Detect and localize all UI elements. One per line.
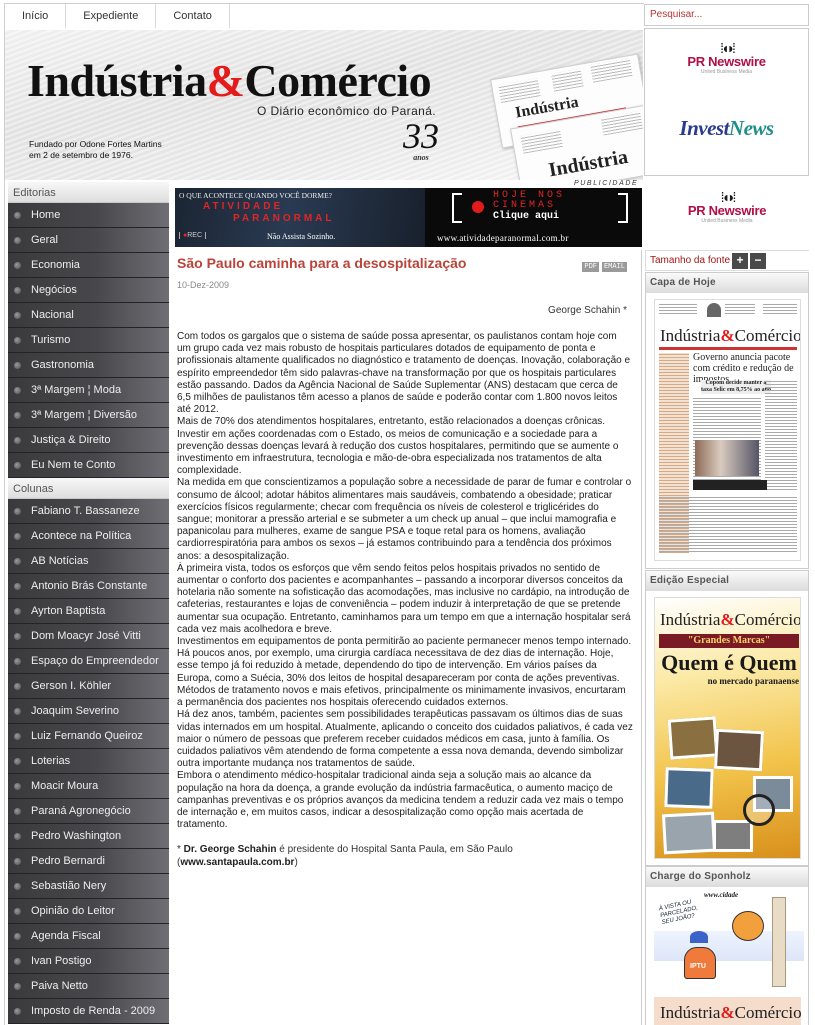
colunas-item[interactable]: Ivan Postigo: [8, 949, 169, 974]
bullet-icon: [14, 583, 21, 590]
colunas-item[interactable]: Loterias: [8, 749, 169, 774]
bullet-icon: [14, 287, 21, 294]
colunas-item[interactable]: Acontece na Política: [8, 524, 169, 549]
bullet-icon: [14, 462, 21, 469]
editorias-item[interactable]: Home: [8, 203, 169, 228]
bullet-icon: [14, 983, 21, 990]
editorias-item[interactable]: Gastronomia: [8, 353, 169, 378]
colunas-item[interactable]: Pedro Bernardi: [8, 849, 169, 874]
rec-icon: ●REC: [179, 232, 206, 239]
font-size-label: Tamanho da fonte: [650, 255, 730, 266]
editorias-item[interactable]: Economia: [8, 253, 169, 278]
article-date: 10-Dez-2009: [177, 280, 639, 290]
bullet-icon: [14, 958, 21, 965]
editorias-item-label: Negócios: [31, 284, 77, 296]
column-divider: [641, 250, 642, 1025]
advertising-label: PUBLICIDADE: [574, 180, 638, 187]
article-paragraph: Com todos os gargalos que o sistema de s…: [177, 331, 633, 416]
article-paragraph: Há dez anos, também, pacientes sem possi…: [177, 709, 633, 770]
author-footnote: * Dr. George Schahin é presidente do Hos…: [177, 843, 639, 869]
bullet-icon: [14, 633, 21, 640]
section-header-colunas: Colunas: [8, 478, 169, 499]
front-page-thumbnail[interactable]: Indústria&Comércio Governo anuncia pacot…: [654, 299, 801, 561]
newspaper-preview[interactable]: Indústria&Comércio: [654, 997, 801, 1025]
colunas-item[interactable]: Espaço do Empreendedor: [8, 649, 169, 674]
bullet-icon: [14, 1008, 21, 1015]
nav-contato[interactable]: Contato: [156, 4, 230, 28]
colunas-item-label: AB Notícias: [31, 555, 88, 567]
nav-expediente[interactable]: Expediente: [66, 4, 156, 28]
nav-inicio[interactable]: Início: [5, 4, 66, 28]
font-size-control: Tamanho da fonte + −: [645, 250, 809, 271]
sponsors-box: ⁞◖◗⁞ PR Newswire United Business Media I…: [644, 28, 809, 176]
colunas-item[interactable]: Luiz Fernando Queiroz: [8, 724, 169, 749]
editorias-item[interactable]: Eu Nem te Conto: [8, 453, 169, 478]
font-decrease-button[interactable]: −: [750, 253, 766, 269]
colunas-item[interactable]: Imposto de Renda - 2009: [8, 999, 169, 1024]
bullet-icon: [14, 362, 21, 369]
colunas-item[interactable]: Gerson I. Köhler: [8, 674, 169, 699]
editorias-menu: HomeGeralEconomiaNegóciosNacionalTurismo…: [8, 203, 169, 478]
pdf-button[interactable]: PDF: [582, 262, 599, 272]
bullet-icon: [14, 608, 21, 615]
ad-banner[interactable]: O QUE ACONTECE QUANDO VOCÊ DORME? ATIVID…: [175, 188, 642, 247]
right-column: Pesquisar... ⁞◖◗⁞ PR Newswire United Bus…: [644, 4, 809, 176]
colunas-item-label: Paiva Netto: [31, 980, 88, 992]
editorias-item[interactable]: Turismo: [8, 328, 169, 353]
bullet-icon: [14, 783, 21, 790]
colunas-item-label: Luiz Fernando Queiroz: [31, 730, 143, 742]
colunas-menu: Fabiano T. BassanezeAcontece na Política…: [8, 499, 169, 1024]
prnewswire-ad[interactable]: ⁞◖◗⁞ PR Newswire United Business Media: [645, 190, 809, 224]
article-actions: PDF EMAIL: [582, 262, 627, 272]
editorias-item-label: Home: [31, 209, 60, 221]
capa-de-hoje-box: Capa de Hoje Indústria&Comércio Governo …: [645, 272, 809, 569]
section-header-editorias: Editorias: [8, 182, 169, 203]
top-nav: Início Expediente Contato: [5, 4, 230, 28]
anniversary-badge: 33 anos: [403, 118, 439, 162]
editorias-item-label: Justiça & Direito: [31, 434, 110, 446]
bullet-icon: [14, 908, 21, 915]
colunas-item-label: Pedro Bernardi: [31, 855, 105, 867]
colunas-item[interactable]: Paraná Agronegócio: [8, 799, 169, 824]
colunas-item-label: Loterias: [31, 755, 70, 767]
bullet-icon: [14, 412, 21, 419]
ad-movie-poster: O QUE ACONTECE QUANDO VOCÊ DORME? ATIVID…: [175, 188, 425, 247]
colunas-item-label: Espaço do Empreendedor: [31, 655, 159, 667]
prnewswire-globe-icon: ⁞◖◗⁞: [645, 41, 808, 55]
colunas-item-label: Moacir Moura: [31, 780, 98, 792]
article-author: George Schahin *: [177, 305, 639, 316]
colunas-item-label: Ivan Postigo: [31, 955, 92, 967]
editorias-item-label: Geral: [31, 234, 58, 246]
article-paragraph: Mais de 70% dos atendimentos hospitalare…: [177, 416, 633, 477]
bullet-icon: [14, 508, 21, 515]
colunas-item-label: Joaquim Severino: [31, 705, 119, 717]
colunas-item-label: Paraná Agronegócio: [31, 805, 131, 817]
colunas-item-label: Pedro Washington: [31, 830, 121, 842]
bullet-icon: [14, 858, 21, 865]
colunas-item-label: Agenda Fiscal: [31, 930, 101, 942]
colunas-item-label: Gerson I. Köhler: [31, 680, 111, 692]
colunas-item-label: Opinião do Leitor: [31, 905, 115, 917]
colunas-item[interactable]: Paiva Netto: [8, 974, 169, 999]
editorias-item-label: Economia: [31, 259, 80, 271]
font-increase-button[interactable]: +: [732, 253, 748, 269]
bullet-icon: [14, 758, 21, 765]
article-paragraph: Na medida em que conscientizamos a popul…: [177, 477, 633, 562]
colunas-item-label: Imposto de Renda - 2009: [31, 1005, 155, 1017]
colunas-item-label: Acontece na Política: [31, 530, 131, 542]
article-paragraph: Embora o atendimento médico-hospitalar t…: [177, 770, 633, 831]
colunas-item[interactable]: Moacir Moura: [8, 774, 169, 799]
bullet-icon: [14, 212, 21, 219]
colunas-item[interactable]: Opinião do Leitor: [8, 899, 169, 924]
prnewswire-globe-icon: ⁞◖◗⁞: [645, 190, 809, 204]
bullet-icon: [14, 237, 21, 244]
cartoon-image[interactable]: www.cidade À VISTA OU PARCELADO, SEU JOÃ…: [654, 891, 804, 991]
bullet-icon: [14, 883, 21, 890]
colunas-item-label: Antonio Brás Constante: [31, 580, 147, 592]
bullet-icon: [14, 658, 21, 665]
colunas-item-label: Ayrton Baptista: [31, 605, 105, 617]
bullet-icon: [14, 808, 21, 815]
editorias-item-label: 3ª Margem ¦ Diversão: [31, 409, 137, 421]
editorias-item-label: Nacional: [31, 309, 74, 321]
newspaper-stack-image: Indústria Indústria: [475, 58, 643, 180]
colunas-item[interactable]: Ayrton Baptista: [8, 599, 169, 624]
bracket-left-icon: [452, 193, 462, 223]
header-banner: Indústria&Comércio O Diário econômico do…: [5, 30, 643, 180]
editorias-item[interactable]: Geral: [8, 228, 169, 253]
special-edition-thumbnail[interactable]: Indústria&Comércio "Grandes Marcas" Quem…: [654, 597, 801, 859]
site-logo[interactable]: Indústria&Comércio: [27, 54, 431, 107]
colunas-item[interactable]: Agenda Fiscal: [8, 924, 169, 949]
editorias-item[interactable]: Justiça & Direito: [8, 428, 169, 453]
edicao-especial-title: Edição Especial: [646, 571, 808, 591]
article-title[interactable]: São Paulo caminha para a desospitalizaçã…: [177, 255, 639, 271]
bullet-icon: [14, 312, 21, 319]
colunas-item[interactable]: Antonio Brás Constante: [8, 574, 169, 599]
article-paragraph: Investimentos em equipamentos de ponta p…: [177, 636, 633, 709]
colunas-item-label: Sebastião Nery: [31, 880, 106, 892]
colunas-item[interactable]: Sebastião Nery: [8, 874, 169, 899]
article-body: Com todos os gargalos que o sistema de s…: [177, 331, 633, 831]
ad-cta[interactable]: HOJE NOS CINEMAS Clique aqui www.ativida…: [425, 188, 642, 247]
bullet-icon: [14, 262, 21, 269]
bullet-icon: [14, 558, 21, 565]
edicao-especial-box: Edição Especial Indústria&Comércio "Gran…: [645, 570, 809, 866]
colunas-item-label: Fabiano T. Bassaneze: [31, 505, 140, 517]
record-dot-icon: [472, 201, 484, 213]
colunas-item-label: Dom Moacyr José Vitti: [31, 630, 141, 642]
editorias-item[interactable]: Negócios: [8, 278, 169, 303]
charge-box: Charge do Sponholz www.cidade À VISTA OU…: [645, 866, 809, 1025]
magnifier-icon: [743, 794, 775, 826]
search-input[interactable]: Pesquisar...: [644, 4, 809, 26]
investnews-logo[interactable]: InvestNews: [645, 116, 808, 141]
editorias-item[interactable]: 3ª Margem ¦ Moda: [8, 378, 169, 403]
footnote-link[interactable]: www.santapaula.com.br: [180, 857, 294, 868]
colunas-item[interactable]: Fabiano T. Bassaneze: [8, 499, 169, 524]
bullet-icon: [14, 533, 21, 540]
colunas-item[interactable]: Pedro Washington: [8, 824, 169, 849]
bullet-icon: [14, 833, 21, 840]
bullet-icon: [14, 683, 21, 690]
bullet-icon: [14, 387, 21, 394]
article-paragraph: À primeira vista, todos os esforços que …: [177, 563, 633, 636]
capa-de-hoje-title: Capa de Hoje: [646, 273, 808, 293]
left-sidebar: Editorias HomeGeralEconomiaNegóciosNacio…: [8, 182, 169, 1024]
colunas-item[interactable]: Joaquim Severino: [8, 699, 169, 724]
charge-title: Charge do Sponholz: [646, 867, 808, 887]
editorias-item-label: Turismo: [31, 334, 70, 346]
bullet-icon: [14, 933, 21, 940]
editorias-item[interactable]: 3ª Margem ¦ Diversão: [8, 403, 169, 428]
editorias-item-label: Eu Nem te Conto: [31, 459, 115, 471]
editorias-item-label: 3ª Margem ¦ Moda: [31, 384, 121, 396]
bullet-icon: [14, 437, 21, 444]
footnote-author-name: Dr. George Schahin: [184, 844, 277, 855]
article: São Paulo caminha para a desospitalizaçã…: [177, 255, 639, 869]
prnewswire-logo[interactable]: ⁞◖◗⁞ PR Newswire United Business Media: [645, 41, 808, 75]
colunas-item[interactable]: Dom Moacyr José Vitti: [8, 624, 169, 649]
bullet-icon: [14, 337, 21, 344]
bracket-right-icon: [618, 193, 628, 223]
editorias-item[interactable]: Nacional: [8, 303, 169, 328]
editorias-item-label: Gastronomia: [31, 359, 94, 371]
colunas-item[interactable]: AB Notícias: [8, 549, 169, 574]
founded-note: Fundado por Odone Fortes Martins em 2 de…: [29, 139, 162, 161]
bullet-icon: [14, 708, 21, 715]
email-button[interactable]: EMAIL: [602, 262, 627, 272]
bullet-icon: [14, 733, 21, 740]
